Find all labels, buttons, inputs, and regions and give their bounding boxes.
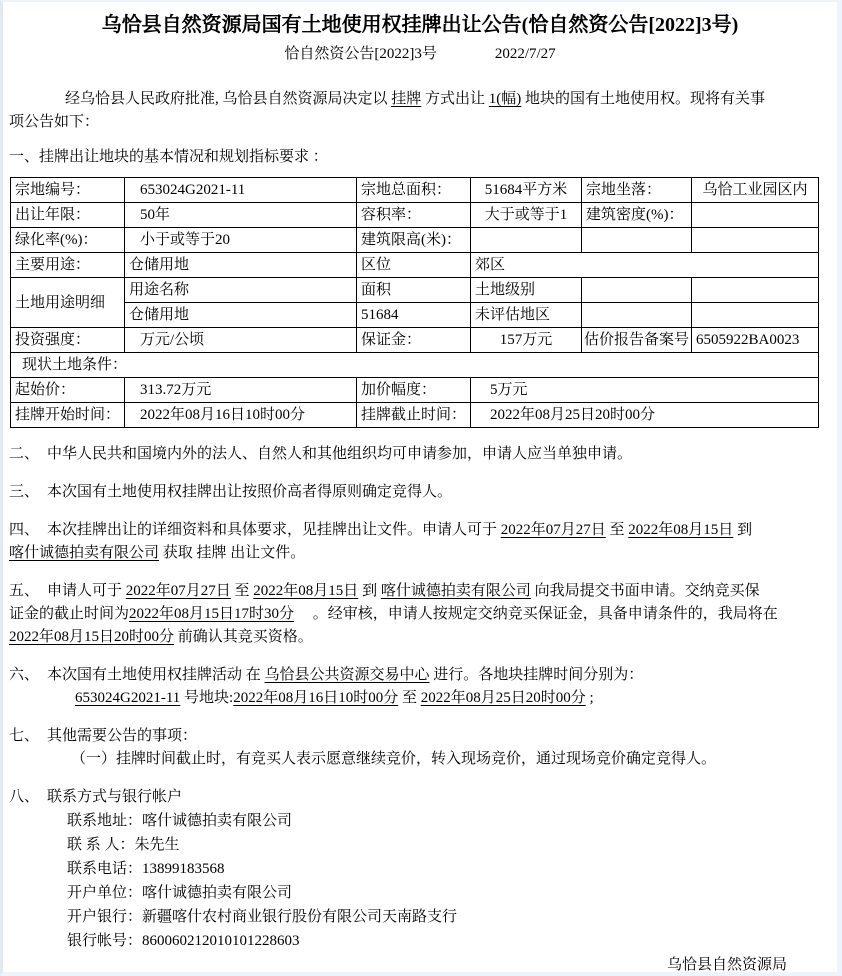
table-cell: 土地用途明细	[11, 278, 125, 328]
table-cell: 653024G2021-11	[125, 178, 357, 203]
table-cell: 51684	[357, 303, 471, 328]
underlined-text: 1(幅)	[489, 91, 522, 107]
section: 三、本次国有土地使用权挂牌出让按照价高者得原则确定竞得人。	[9, 481, 831, 504]
text-segment: 本次国有土地使用权挂牌出让按照价高者得原则确定竞得人。	[47, 484, 452, 500]
section: 八、联系方式与银行帐户联系地址：喀什诚德拍卖有限公司联 系 人：朱先生联系电话：…	[9, 786, 831, 953]
section-number: 三、	[9, 481, 47, 504]
text-line: 二、中华人民共和国境内外的法人、自然人和其他组织均可申请参加，申请人应当单独申请…	[9, 443, 831, 466]
table-cell: 容积率：	[357, 203, 471, 228]
table-row: 出让年限：50年容积率：大于或等于1建筑密度(%)：	[11, 203, 819, 228]
section-number: 二、	[9, 443, 47, 466]
parcel-table-wrap: 宗地编号：653024G2021-11宗地总面积：51684平方米宗地坐落：乌恰…	[9, 177, 831, 428]
table-row: 主要用途：仓储用地区位郊区	[11, 253, 819, 278]
text-line: 证金的截止时间为2022年08月15日17时30分 。经审核，申请人按规定交纳竞…	[9, 603, 831, 626]
table-cell: 6505922BA0023	[692, 328, 819, 353]
text-segment: 到	[733, 522, 752, 538]
table-cell: 土地级别	[471, 278, 582, 303]
section-number: 六、	[9, 664, 47, 687]
text-segment: 向我局提交书面申请。交纳竞买保	[531, 583, 760, 599]
table-row: 宗地编号：653024G2021-11宗地总面积：51684平方米宗地坐落：乌恰…	[11, 178, 819, 203]
table-cell: 用途名称	[125, 278, 357, 303]
table-cell	[582, 278, 692, 303]
text-line: （一）挂牌时间截止时，有竞买人表示愿意继续竞价，转入现场竞价，通过现场竞价确定竞…	[9, 748, 831, 771]
underlined-text: 653024G2021-11	[75, 690, 180, 706]
table-row: 挂牌开始时间：2022年08月16日10时00分挂牌截止时间：2022年08月2…	[11, 403, 819, 428]
publish-date: 2022/7/27	[495, 46, 556, 62]
table-cell: 仓储用地	[125, 303, 357, 328]
text-line: 经乌恰县人民政府批准, 乌恰县自然资源局决定以 挂牌 方式出让 1(幅) 地块的…	[9, 88, 831, 111]
table-cell: 51684平方米	[471, 178, 582, 203]
table-row: 仓储用地51684未评估地区	[11, 303, 819, 328]
text-segment: 进行。各地块挂牌时间分别为：	[430, 667, 644, 683]
table-cell: 5万元	[471, 378, 819, 403]
table-cell: 仓储用地	[125, 253, 357, 278]
text-line: 三、本次国有土地使用权挂牌出让按照价高者得原则确定竞得人。	[9, 481, 831, 504]
table-cell: 157万元	[471, 328, 582, 353]
underlined-text: 挂牌	[391, 91, 421, 107]
table-cell	[692, 303, 819, 328]
text-line: 2022年08月15日20时00分 前确认其竞买资格。	[9, 626, 831, 649]
table-cell: 区位	[357, 253, 471, 278]
section: 四、本次挂牌出让的详细资料和具体要求，见挂牌出让文件。申请人可于 2022年07…	[9, 519, 831, 565]
announcement-page: 乌恰县自然资源局国有土地使用权挂牌出让公告(恰自然资公告[2022]3号) 恰自…	[3, 2, 837, 975]
text-segment: 至	[398, 690, 421, 706]
text-line: 联 系 人：朱先生	[9, 833, 831, 857]
text-segment: 银行帐号：860060212010101228603	[67, 933, 300, 949]
text-segment: 其他需要公告的事项：	[47, 728, 197, 744]
text-segment: （一）挂牌时间截止时，有竞买人表示愿意继续竞价，转入现场竞价，通过现场竞价确定竞…	[71, 751, 716, 767]
text-line: 653024G2021-11 号地块:2022年08月16日10时00分 至 2…	[9, 687, 831, 710]
table-cell: 宗地坐落：	[582, 178, 692, 203]
table-cell: 投资强度：	[11, 328, 125, 353]
text-segment: 号地块:	[180, 690, 233, 706]
underlined-text: 2022年07月27日	[126, 583, 231, 599]
underlined-text: 喀什诚德拍卖有限公司	[381, 583, 531, 599]
table-cell: 挂牌截止时间：	[357, 403, 471, 428]
table-row: 投资强度：万元/公顷保证金：157万元估价报告备案号6505922BA0023	[11, 328, 819, 353]
underlined-text: 2022年08月15日17时30分	[129, 606, 294, 622]
text-line: 项公告如下：	[9, 111, 831, 134]
text-segment: 本次挂牌出让的详细资料和具体要求，见挂牌出让文件。申请人可于	[47, 522, 501, 538]
section: 二、中华人民共和国境内外的法人、自然人和其他组织均可申请参加，申请人应当单独申请…	[9, 443, 831, 466]
table-cell: 估价报告备案号	[582, 328, 692, 353]
table-cell	[692, 228, 819, 253]
section-number: 五、	[9, 580, 47, 603]
section: 六、本次国有土地使用权挂牌活动 在 乌恰县公共资源交易中心 进行。各地块挂牌时间…	[9, 664, 831, 710]
underlined-text: 2022年08月15日	[628, 522, 733, 538]
table-cell: 未评估地区	[471, 303, 582, 328]
text-line: 开户单位：喀什诚德拍卖有限公司	[9, 881, 831, 905]
text-segment: 申请人可于	[47, 583, 126, 599]
underlined-text: 2022年08月25日20时00分	[421, 690, 586, 706]
underlined-text: 乌恰县公共资源交易中心	[265, 667, 430, 683]
table-cell: 起始价：	[11, 378, 125, 403]
table-cell: 小于或等于20	[125, 228, 357, 253]
table-cell: 2022年08月25日20时00分	[471, 403, 819, 428]
subtitle-row: 恰自然资公告[2022]3号2022/7/27	[9, 44, 831, 64]
page-title: 乌恰县自然资源局国有土地使用权挂牌出让公告(恰自然资公告[2022]3号)	[9, 12, 831, 38]
text-line: 八、联系方式与银行帐户	[9, 786, 831, 809]
section-one-heading: 一、挂牌出让地块的基本情况和规划指标要求 ：	[9, 146, 831, 169]
text-segment: 中华人民共和国境内外的法人、自然人和其他组织均可申请参加，申请人应当单独申请。	[47, 446, 632, 462]
table-cell	[582, 228, 692, 253]
table-row: 绿化率(%)：小于或等于20建筑限高(米)：	[11, 228, 819, 253]
table-cell: 2022年08月16日10时00分	[125, 403, 357, 428]
table-row: 现状土地条件：	[11, 353, 819, 378]
table-cell: 宗地编号：	[11, 178, 125, 203]
text-segment: 联系方式与银行帐户	[47, 789, 182, 805]
underlined-text: 2022年08月15日20时00分	[9, 629, 174, 645]
table-cell: 现状土地条件：	[11, 353, 819, 378]
text-line: 七、其他需要公告的事项：	[9, 725, 831, 748]
table-cell	[582, 303, 692, 328]
text-segment: 到	[358, 583, 381, 599]
table-cell: 宗地总面积：	[357, 178, 471, 203]
text-segment: 项公告如下：	[9, 114, 99, 130]
table-cell: 挂牌开始时间：	[11, 403, 125, 428]
text-segment: 至	[606, 522, 629, 538]
underlined-text: 2022年08月16日10时00分	[233, 690, 398, 706]
issuer-signature: 乌恰县自然资源局	[9, 955, 831, 975]
section-number: 八、	[9, 786, 47, 809]
table-cell: 乌恰工业园区内	[692, 178, 819, 203]
table-cell: 出让年限：	[11, 203, 125, 228]
text-segment: 前确认其竞买资格。	[174, 629, 313, 645]
text-line: 五、申请人可于 2022年07月27日 至 2022年08月15日 到 喀什诚德…	[9, 580, 831, 603]
text-segment: 开户单位：喀什诚德拍卖有限公司	[67, 885, 292, 901]
table-row: 土地用途明细用途名称面积土地级别	[11, 278, 819, 303]
underlined-text: 2022年07月27日	[501, 522, 606, 538]
text-segment: 证金的截止时间为	[9, 606, 129, 622]
doc-number: 恰自然资公告[2022]3号	[284, 46, 437, 62]
text-line: 开户银行：新疆喀什农村商业银行股份有限公司天南路支行	[9, 905, 831, 929]
table-cell: 万元/公顷	[125, 328, 357, 353]
text-segment: 地块的国有土地使用权。现将有关事	[521, 91, 765, 107]
text-line: 六、本次国有土地使用权挂牌活动 在 乌恰县公共资源交易中心 进行。各地块挂牌时间…	[9, 664, 831, 687]
table-cell: 绿化率(%)：	[11, 228, 125, 253]
table-cell	[692, 203, 819, 228]
text-segment: 经乌恰县人民政府批准, 乌恰县自然资源局决定以	[65, 91, 391, 107]
table-cell: 加价幅度：	[357, 378, 471, 403]
table-cell: 建筑密度(%)：	[582, 203, 692, 228]
text-segment: 开户银行：新疆喀什农村商业银行股份有限公司天南路支行	[67, 909, 457, 925]
table-cell: 建筑限高(米)：	[357, 228, 471, 253]
intro-paragraph: 经乌恰县人民政府批准, 乌恰县自然资源局决定以 挂牌 方式出让 1(幅) 地块的…	[9, 88, 831, 134]
text-segment: 。经审核，申请人按规定交纳竞买保证金，具备申请条件的，我局将在	[294, 606, 778, 622]
parcel-table: 宗地编号：653024G2021-11宗地总面积：51684平方米宗地坐落：乌恰…	[10, 177, 819, 428]
text-segment: 至	[231, 583, 254, 599]
section-number: 七、	[9, 725, 47, 748]
table-cell	[692, 278, 819, 303]
table-cell: 313.72万元	[125, 378, 357, 403]
table-cell: 50年	[125, 203, 357, 228]
table-row: 起始价：313.72万元加价幅度：5万元	[11, 378, 819, 403]
table-cell	[471, 228, 582, 253]
text-segment: 本次国有土地使用权挂牌活动 在	[47, 667, 265, 683]
table-cell: 主要用途：	[11, 253, 125, 278]
text-segment: 获取 挂牌 出让文件。	[159, 545, 305, 561]
table-cell: 郊区	[471, 253, 819, 278]
text-segment: 联系电话：13899183568	[67, 861, 225, 877]
section: 五、申请人可于 2022年07月27日 至 2022年08月15日 到 喀什诚德…	[9, 580, 831, 649]
table-cell: 面积	[357, 278, 471, 303]
text-line: 四、本次挂牌出让的详细资料和具体要求，见挂牌出让文件。申请人可于 2022年07…	[9, 519, 831, 542]
underlined-text: 喀什诚德拍卖有限公司	[9, 545, 159, 561]
table-cell: 保证金：	[357, 328, 471, 353]
text-segment: 联系地址：喀什诚德拍卖有限公司	[67, 813, 292, 829]
underlined-text: 2022年08月15日	[253, 583, 358, 599]
section: 七、其他需要公告的事项：（一）挂牌时间截止时，有竞买人表示愿意继续竞价，转入现场…	[9, 725, 831, 771]
table-cell: 大于或等于1	[471, 203, 582, 228]
text-line: 联系电话：13899183568	[9, 857, 831, 881]
text-line: 银行帐号：860060212010101228603	[9, 929, 831, 953]
sections-container: 二、中华人民共和国境内外的法人、自然人和其他组织均可申请参加，申请人应当单独申请…	[9, 443, 831, 953]
text-line: 喀什诚德拍卖有限公司 获取 挂牌 出让文件。	[9, 542, 831, 565]
section-number: 四、	[9, 519, 47, 542]
text-line: 联系地址：喀什诚德拍卖有限公司	[9, 809, 831, 833]
text-segment: 方式出让	[421, 91, 489, 107]
text-segment: ;	[586, 690, 594, 706]
text-segment: 联 系 人：朱先生	[67, 837, 180, 853]
